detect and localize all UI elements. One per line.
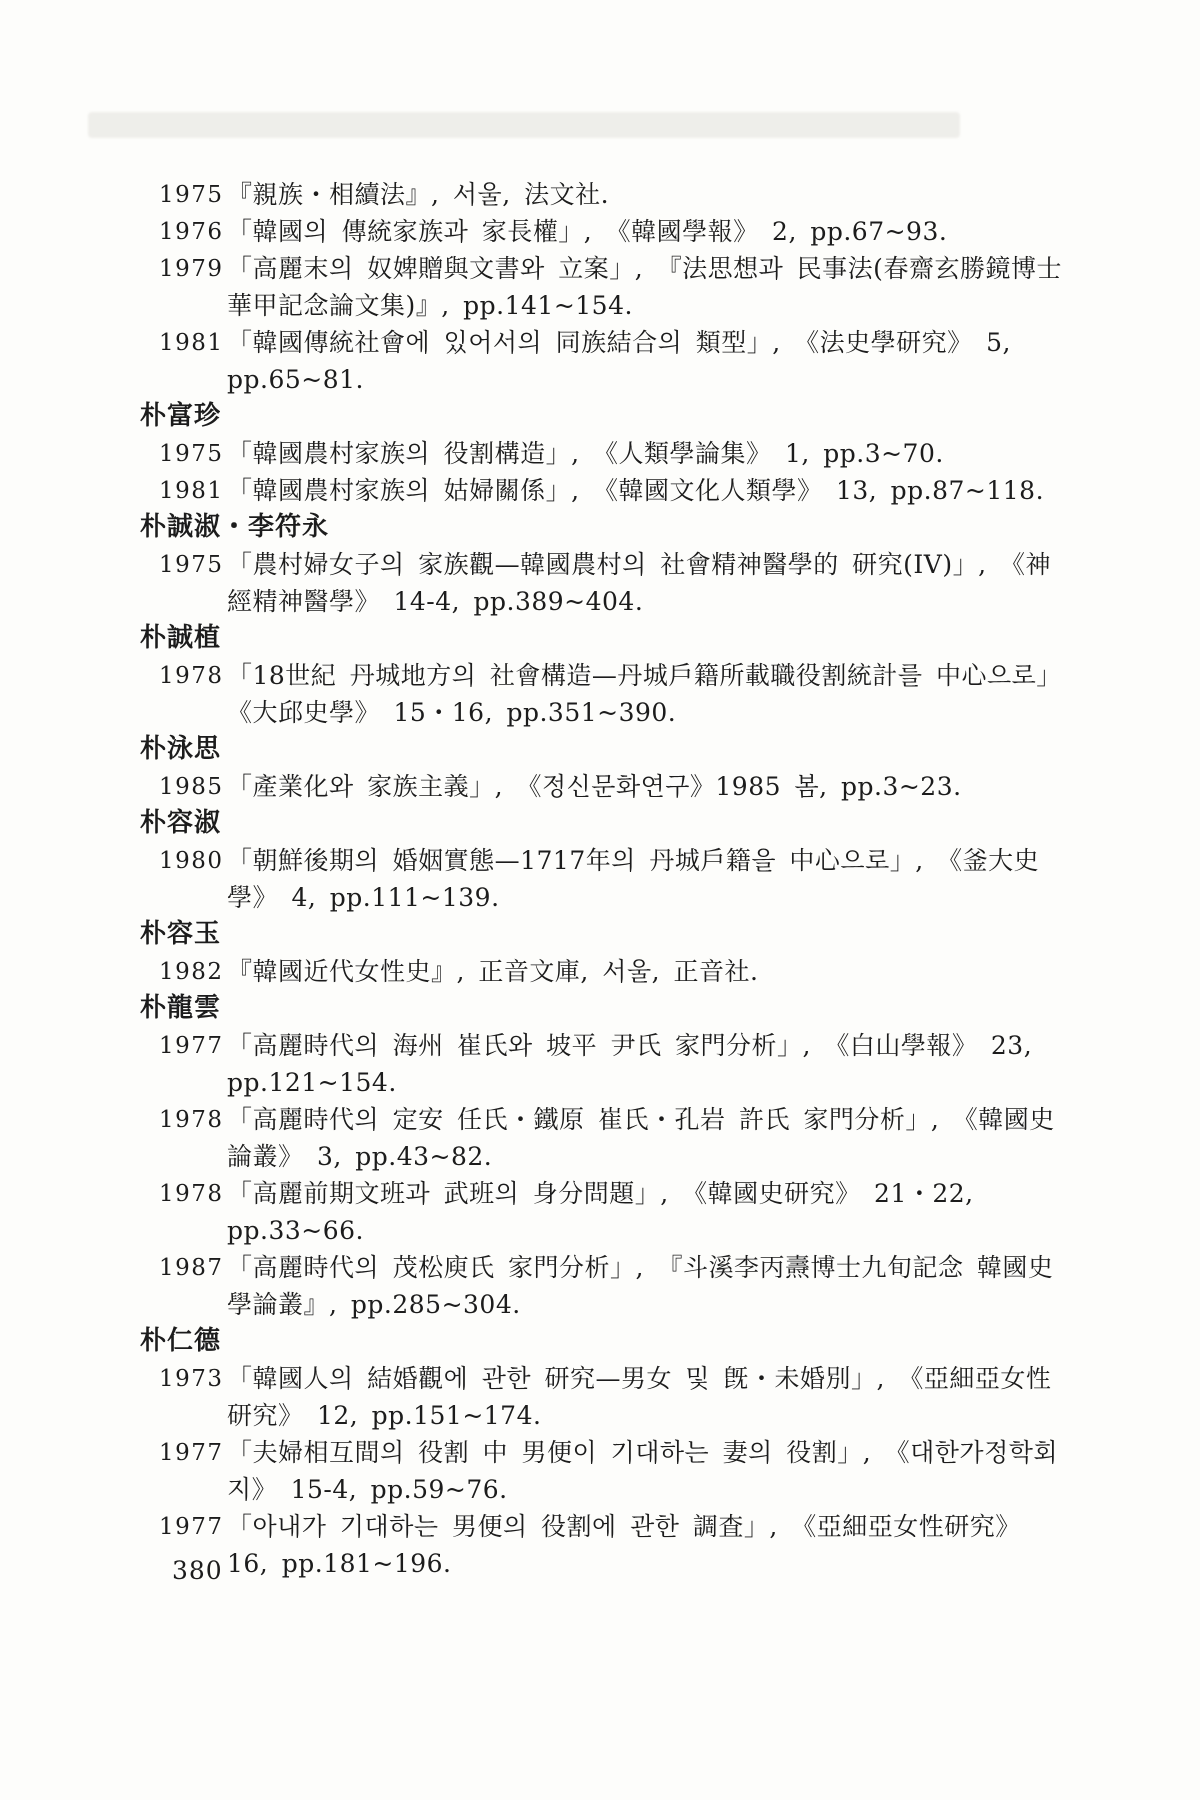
entry-text: 「產業化와 家族主義」, 《정신문화연구》1985 봄, pp.3~23.	[227, 772, 962, 801]
entry-year: 1979	[159, 251, 224, 288]
bib-entry: 1975 『親族・相續法』, 서울, 法文社.	[0, 176, 1068, 213]
entry-text: 「農村婦女子의 家族觀—韓國農村의 社會精神醫學的 研究(IV)」, 《神經精神…	[227, 550, 1051, 616]
entry-year: 1976	[159, 214, 224, 251]
author-heading: 朴仁德	[140, 1323, 1068, 1360]
bib-entry: 1978 「高麗時代의 定安 任氏・鐵原 崔氏・孔岩 許氏 家門分析」, 《韓國…	[0, 1101, 1068, 1175]
bib-entry: 1973 「韓國人의 結婚觀에 관한 研究—男女 및 旣・未婚別」, 《亞細亞女…	[0, 1360, 1068, 1434]
entry-text: 「韓國農村家族의 姑婦關係」, 《韓國文化人類學》 13, pp.87~118.	[227, 476, 1044, 505]
entry-year: 1978	[159, 1102, 224, 1139]
bib-entry: 1978 「高麗前期文班과 武班의 身分問題」, 《韓國史研究》 21・22, …	[0, 1175, 1068, 1249]
bib-entry: 1978 「18世紀 丹城地方의 社會構造—丹城戶籍所載職役割統計를 中心으로」…	[0, 657, 1068, 731]
bib-entry: 1982 『韓國近代女性史』, 正音文庫, 서울, 正音社.	[0, 953, 1068, 990]
entry-year: 1977	[159, 1028, 224, 1065]
bib-entry: 1977 「高麗時代의 海州 崔氏와 坡平 尹氏 家門分析」, 《白山學報》 2…	[0, 1027, 1068, 1101]
entry-year: 1985	[159, 769, 224, 806]
entry-year: 1981	[159, 325, 224, 362]
entry-text: 「夫婦相互間의 役割 中 男便이 기대하는 妻의 役割」, 《대한가정학회지》 …	[227, 1438, 1058, 1504]
page-number: 380	[172, 1556, 223, 1585]
bib-entry: 1977 「아내가 기대하는 男便의 役割에 관한 調査」, 《亞細亞女性研究》…	[0, 1508, 1068, 1582]
entry-text: 「高麗時代의 茂松庾氏 家門分析」, 『斗溪李丙燾博士九旬記念 韓國史學論叢』,…	[227, 1253, 1053, 1319]
bib-entry: 1987 「高麗時代의 茂松庾氏 家門分析」, 『斗溪李丙燾博士九旬記念 韓國史…	[0, 1249, 1068, 1323]
entry-year: 1975	[159, 177, 224, 214]
entry-text: 「高麗時代의 海州 崔氏와 坡平 尹氏 家門分析」, 《白山學報》 23, pp…	[227, 1031, 1032, 1097]
entry-year: 1977	[159, 1435, 224, 1472]
entry-text: 「高麗前期文班과 武班의 身分問題」, 《韓國史研究》 21・22, pp.33…	[227, 1179, 974, 1245]
entry-year: 1973	[159, 1361, 224, 1398]
entry-year: 1975	[159, 547, 224, 584]
entry-text: 「韓國農村家族의 役割構造」, 《人類學論集》 1, pp.3~70.	[227, 439, 944, 468]
entry-text: 「韓國人의 結婚觀에 관한 研究—男女 및 旣・未婚別」, 《亞細亞女性研究》 …	[227, 1364, 1051, 1430]
scan-artifact-top-shade	[88, 112, 960, 138]
entry-year: 1981	[159, 473, 224, 510]
entry-text: 「高麗時代의 定安 任氏・鐵原 崔氏・孔岩 許氏 家門分析」, 《韓國史論叢》 …	[227, 1105, 1055, 1171]
author-heading: 朴誠淑・李符永	[140, 509, 1068, 546]
bib-entry: 1975 「韓國農村家族의 役割構造」, 《人類學論集》 1, pp.3~70.	[0, 435, 1068, 472]
entry-text: 「韓國傳統社會에 있어서의 同族結合의 類型」, 《法史學研究》 5, pp.6…	[227, 328, 1011, 394]
author-heading: 朴富珍	[140, 398, 1068, 435]
entry-year: 1982	[159, 954, 224, 991]
entry-text: 「아내가 기대하는 男便의 役割에 관한 調査」, 《亞細亞女性研究》 16, …	[227, 1512, 1021, 1578]
bib-entry: 1975 「農村婦女子의 家族觀—韓國農村의 社會精神醫學的 研究(IV)」, …	[0, 546, 1068, 620]
author-heading: 朴容淑	[140, 805, 1068, 842]
bib-entry: 1981 「韓國農村家族의 姑婦關係」, 《韓國文化人類學》 13, pp.87…	[0, 472, 1068, 509]
entry-year: 1978	[159, 1176, 224, 1213]
bib-entry: 1985 「產業化와 家族主義」, 《정신문화연구》1985 봄, pp.3~2…	[0, 768, 1068, 805]
entry-year: 1987	[159, 1250, 224, 1287]
author-heading: 朴誠植	[140, 620, 1068, 657]
bibliography: 1975 『親族・相續法』, 서울, 法文社. 1976 「韓國의 傳統家族과 …	[0, 176, 1068, 1582]
entry-year: 1977	[159, 1509, 224, 1546]
author-heading: 朴容玉	[140, 916, 1068, 953]
bib-entry: 1976 「韓國의 傳統家族과 家長權」, 《韓國學報》 2, pp.67~93…	[0, 213, 1068, 250]
entry-year: 1980	[159, 843, 224, 880]
entry-year: 1978	[159, 658, 224, 695]
author-heading: 朴泳思	[140, 731, 1068, 768]
entry-text: 『韓國近代女性史』, 正音文庫, 서울, 正音社.	[227, 957, 758, 986]
entry-text: 『親族・相續法』, 서울, 法文社.	[227, 180, 609, 209]
entry-text: 「高麗末의 奴婢贈與文書와 立案」, 『法思想과 民事法(春齋玄勝鏡博士華甲記念…	[227, 254, 1062, 320]
author-heading: 朴龍雲	[140, 990, 1068, 1027]
entry-text: 「韓國의 傳統家族과 家長權」, 《韓國學報》 2, pp.67~93.	[227, 217, 947, 246]
scanned-bibliography-page: 1975 『親族・相續法』, 서울, 法文社. 1976 「韓國의 傳統家族과 …	[0, 0, 1200, 1800]
entry-text: 「18世紀 丹城地方의 社會構造—丹城戶籍所載職役割統計를 中心으로」 《大邱史…	[227, 661, 1062, 727]
entry-text: 「朝鮮後期의 婚姻實態—1717年의 丹城戶籍을 中心으로」, 《釜大史學》 4…	[227, 846, 1039, 912]
bib-entry: 1980 「朝鮮後期의 婚姻實態—1717年의 丹城戶籍을 中心으로」, 《釜大…	[0, 842, 1068, 916]
bib-entry: 1977 「夫婦相互間의 役割 中 男便이 기대하는 妻의 役割」, 《대한가정…	[0, 1434, 1068, 1508]
bib-entry: 1979 「高麗末의 奴婢贈與文書와 立案」, 『法思想과 民事法(春齋玄勝鏡博…	[0, 250, 1068, 324]
bib-entry: 1981 「韓國傳統社會에 있어서의 同族結合의 類型」, 《法史學研究》 5,…	[0, 324, 1068, 398]
entry-year: 1975	[159, 436, 224, 473]
